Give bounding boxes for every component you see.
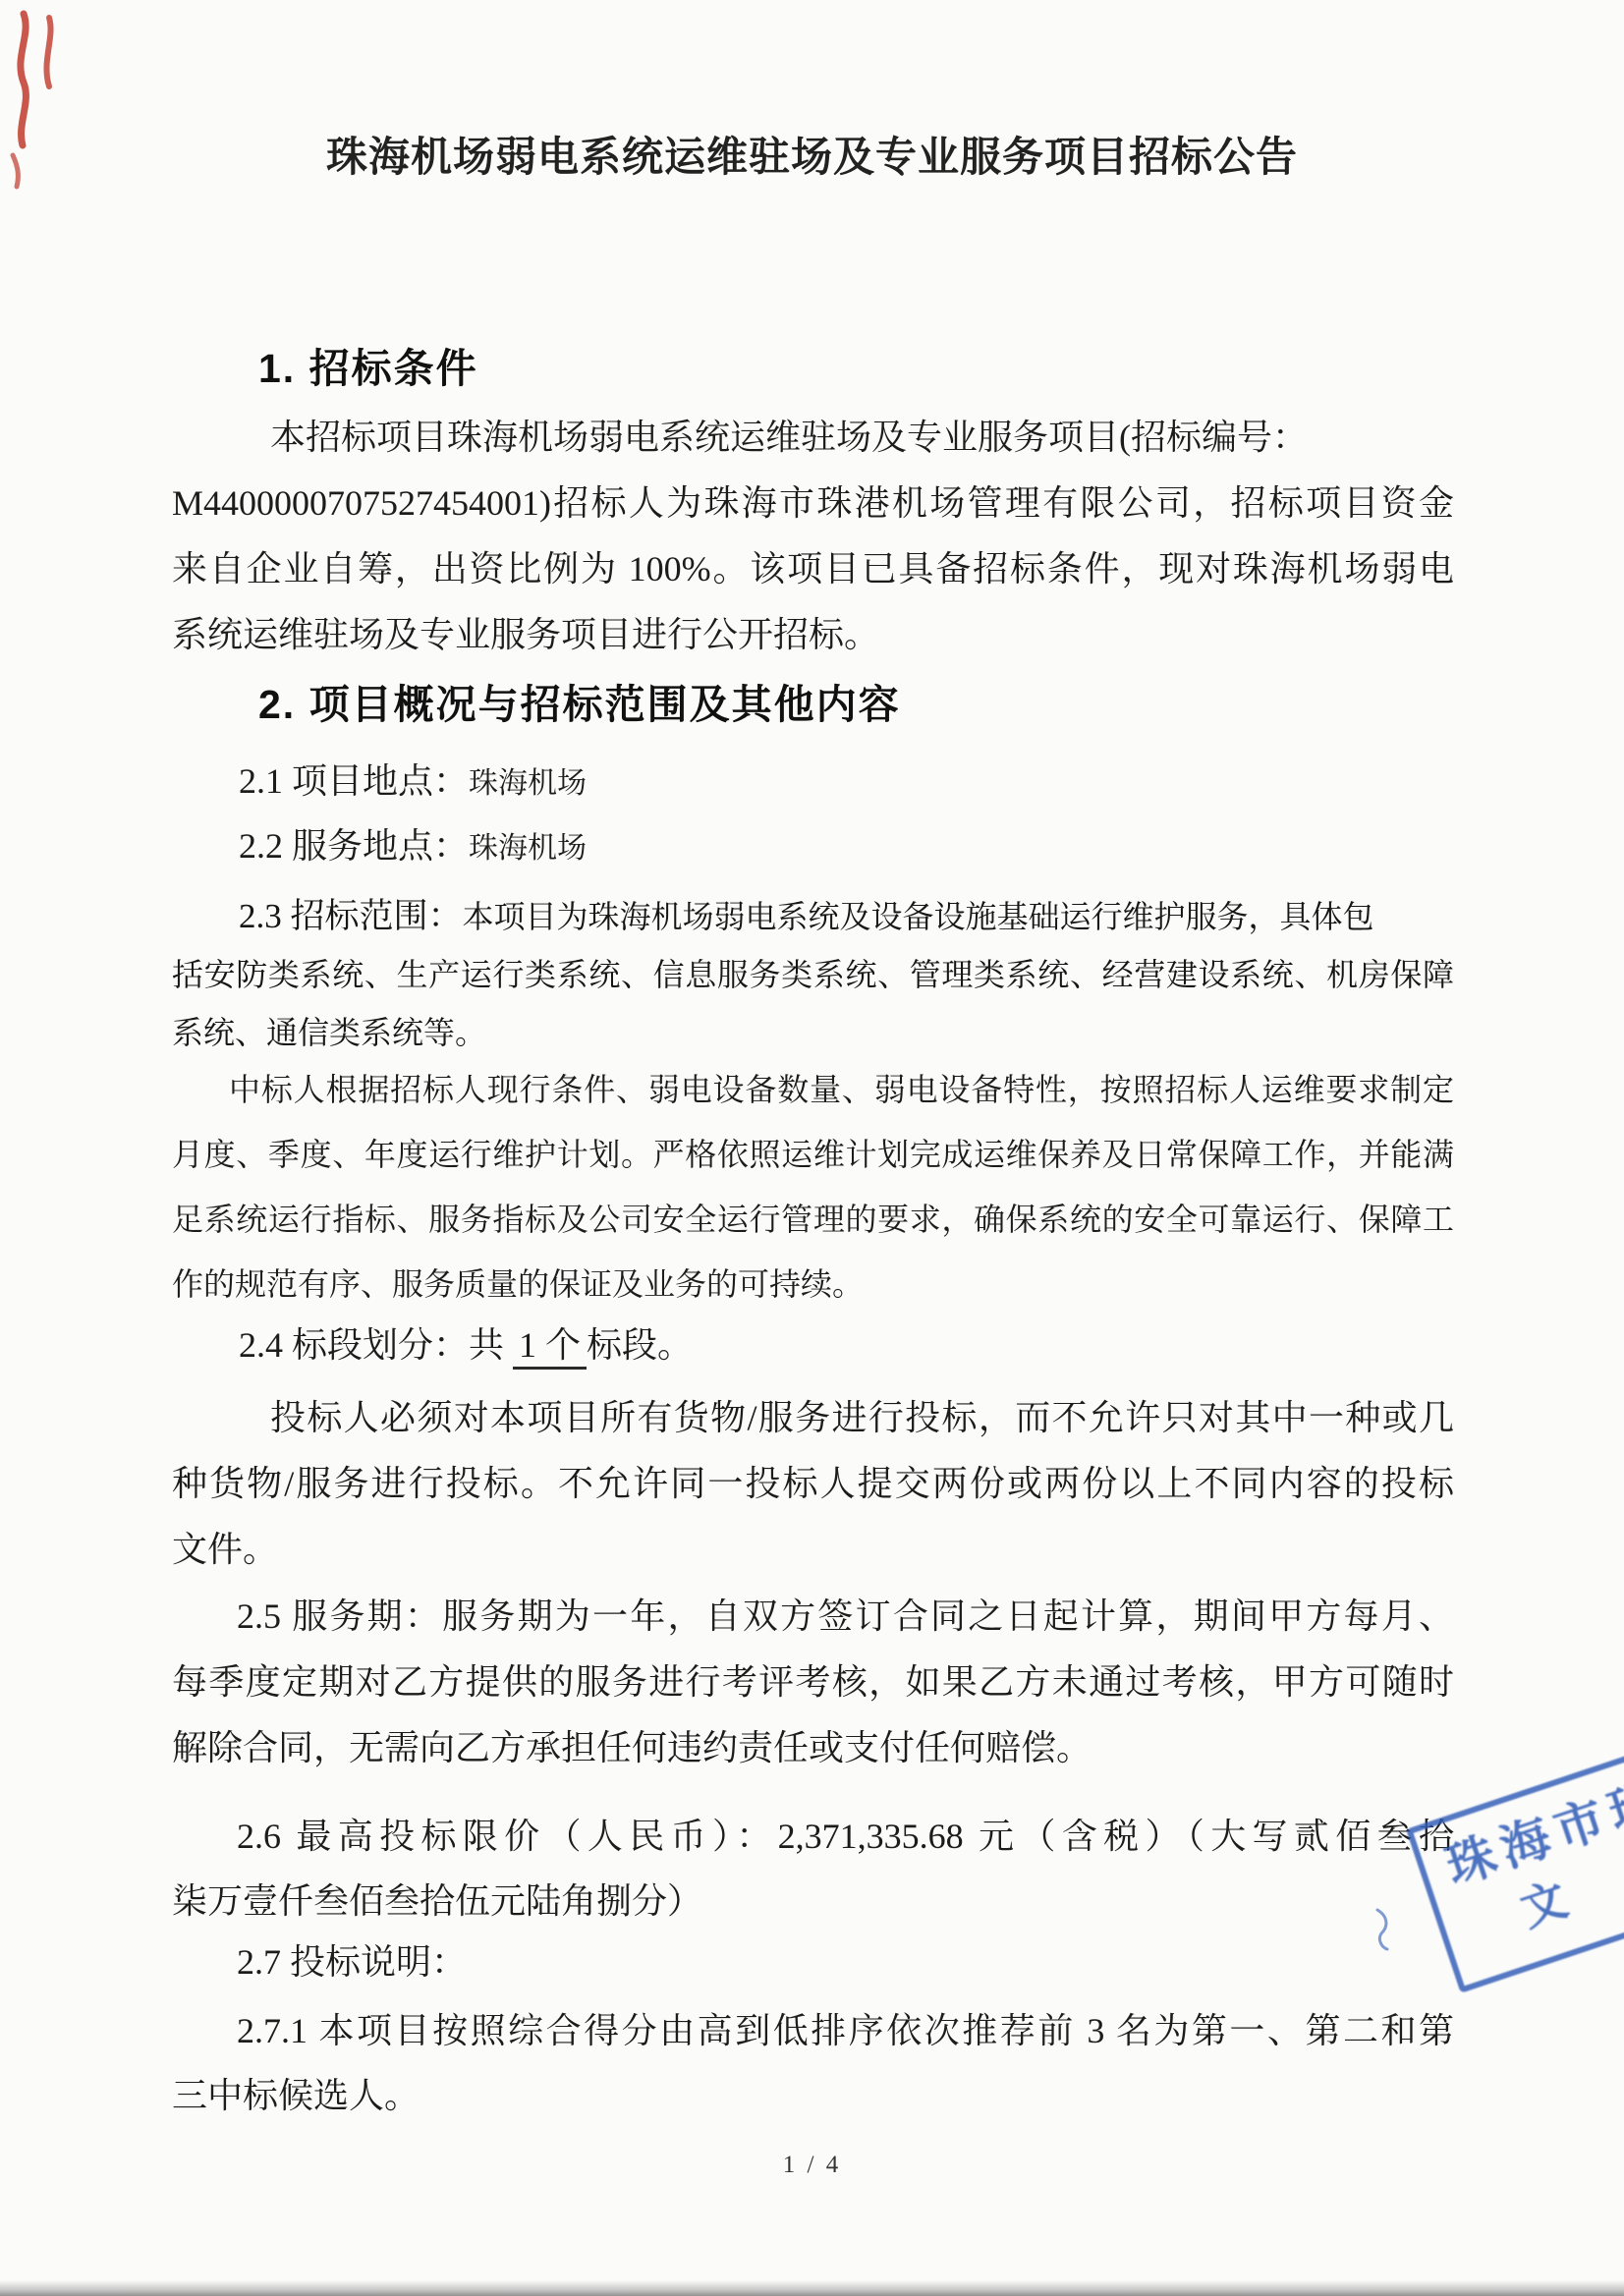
winner-duty-paragraph: 中标人根据招标人现行条件、弱电设备数量、弱电设备特性，按照招标人运维要求制定 月… bbox=[172, 1057, 1454, 1316]
item-2-4-prefix: 2.4 标段划分：共 bbox=[239, 1325, 513, 1365]
paragraph-line: 2.5 服务期：服务期为一年，自双方签订合同之日起计算，期间甲方每月、 bbox=[172, 1584, 1454, 1650]
paragraph-line: 2.6 最高投标限价（人民币）：2,371,335.68 元（含税）（大写贰佰叁… bbox=[172, 1804, 1454, 1869]
paragraph-line: 足系统运行指标、服务指标及公司安全运行管理的要求，确保系统的安全可靠运行、保障工 bbox=[172, 1187, 1454, 1252]
item-2-6: 2.6 最高投标限价（人民币）：2,371,335.68 元（含税）（大写贰佰叁… bbox=[172, 1804, 1454, 1933]
section1-heading: 1. 招标条件 bbox=[258, 339, 478, 398]
item-2-2: 2.2 服务地点：珠海机场 bbox=[172, 821, 1521, 873]
item-2-3: 2.3 招标范围：本项目为珠海机场弱电系统及设备设施基础运行维护服务，具体包 括… bbox=[172, 887, 1454, 1062]
paragraph-line: 2.3 招标范围：本项目为珠海机场弱电系统及设备设施基础运行维护服务，具体包 bbox=[172, 887, 1454, 946]
item-2-7: 2.7 投标说明： bbox=[172, 1937, 1519, 1987]
item-2-7-1: 2.7.1 本项目按照综合得分由高到低排序依次推荐前 3 名为第一、第二和第 三… bbox=[172, 1998, 1454, 2128]
scan-edge-shadow bbox=[0, 2280, 1624, 2296]
item-2-2-label: 2.2 服务地点： bbox=[239, 826, 469, 866]
paragraph-line: 系统、通信类系统等。 bbox=[172, 1004, 1454, 1062]
page-number: 1 / 4 bbox=[0, 2152, 1624, 2179]
paragraph-line: 文件。 bbox=[172, 1517, 1454, 1583]
paragraph-line: 种货物/服务进行投标。不允许同一投标人提交两份或两份以上不同内容的投标 bbox=[172, 1451, 1454, 1517]
document-title: 珠海机场弱电系统运维驻场及专业服务项目招标公告 bbox=[0, 128, 1624, 189]
item-2-4-underlined-value: 1 个 bbox=[513, 1325, 587, 1370]
item-2-4-suffix: 标段。 bbox=[587, 1325, 693, 1365]
paragraph-line: 月度、季度、年度运行维护计划。严格依照运维计划完成运维保养及日常保障工作，并能满 bbox=[172, 1122, 1454, 1187]
section2-heading: 2. 项目概况与招标范围及其他内容 bbox=[258, 675, 901, 734]
item-2-1-label: 2.1 项目地点： bbox=[239, 761, 469, 801]
paragraph-line: 本招标项目珠海机场弱电系统运维驻场及专业服务项目(招标编号： bbox=[172, 405, 1454, 471]
paragraph-line: 2.7.1 本项目按照综合得分由高到低排序依次推荐前 3 名为第一、第二和第 bbox=[172, 1998, 1454, 2063]
paragraph-line: 三中标候选人。 bbox=[172, 2063, 1454, 2128]
item-2-4: 2.4 标段划分：共 1 个标段。 bbox=[172, 1320, 1521, 1370]
bid-requirement-paragraph: 投标人必须对本项目所有货物/服务进行投标，而不允许只对其中一种或几 种货物/服务… bbox=[172, 1385, 1454, 1583]
paragraph-line: 投标人必须对本项目所有货物/服务进行投标，而不允许只对其中一种或几 bbox=[172, 1385, 1454, 1451]
paragraph-line: 解除合同，无需向乙方承担任何违约责任或支付任何赔偿。 bbox=[172, 1715, 1454, 1781]
paragraph-line: 柒万壹仟叁佰叁拾伍元陆角捌分） bbox=[172, 1869, 1454, 1933]
item-2-3-label: 2.3 招标范围： bbox=[239, 897, 463, 935]
paragraph-line: 中标人根据招标人现行条件、弱电设备数量、弱电设备特性，按照招标人运维要求制定 bbox=[172, 1057, 1454, 1122]
item-2-5: 2.5 服务期：服务期为一年，自双方签订合同之日起计算，期间甲方每月、 每季度定… bbox=[172, 1584, 1454, 1781]
item-2-2-value: 珠海机场 bbox=[469, 832, 587, 865]
paragraph-line: 来自企业自筹，出资比例为 100%。该项目已具备招标条件，现对珠海机场弱电 bbox=[172, 536, 1454, 602]
item-2-1: 2.1 项目地点：珠海机场 bbox=[172, 756, 1521, 809]
paragraph-line: 每季度定期对乙方提供的服务进行考评考核，如果乙方未通过考核，甲方可随时 bbox=[172, 1650, 1454, 1715]
paragraph-line: M4400000707527454001)招标人为珠海市珠港机场管理有限公司，招… bbox=[172, 471, 1454, 536]
paragraph-line: 系统运维驻场及专业服务项目进行公开招标。 bbox=[172, 602, 1454, 668]
blue-ink-mark-icon bbox=[1372, 1906, 1397, 1953]
item-2-3-text: 本项目为珠海机场弱电系统及设备设施基础运行维护服务，具体包 bbox=[463, 899, 1374, 934]
section1-paragraph: 本招标项目珠海机场弱电系统运维驻场及专业服务项目(招标编号： M44000007… bbox=[172, 405, 1454, 668]
paragraph-line: 作的规范有序、服务质量的保证及业务的可持续。 bbox=[172, 1252, 1454, 1316]
item-2-1-value: 珠海机场 bbox=[469, 767, 587, 800]
paragraph-line: 括安防类系统、生产运行类系统、信息服务类系统、管理类系统、经营建设系统、机房保障 bbox=[172, 946, 1454, 1004]
